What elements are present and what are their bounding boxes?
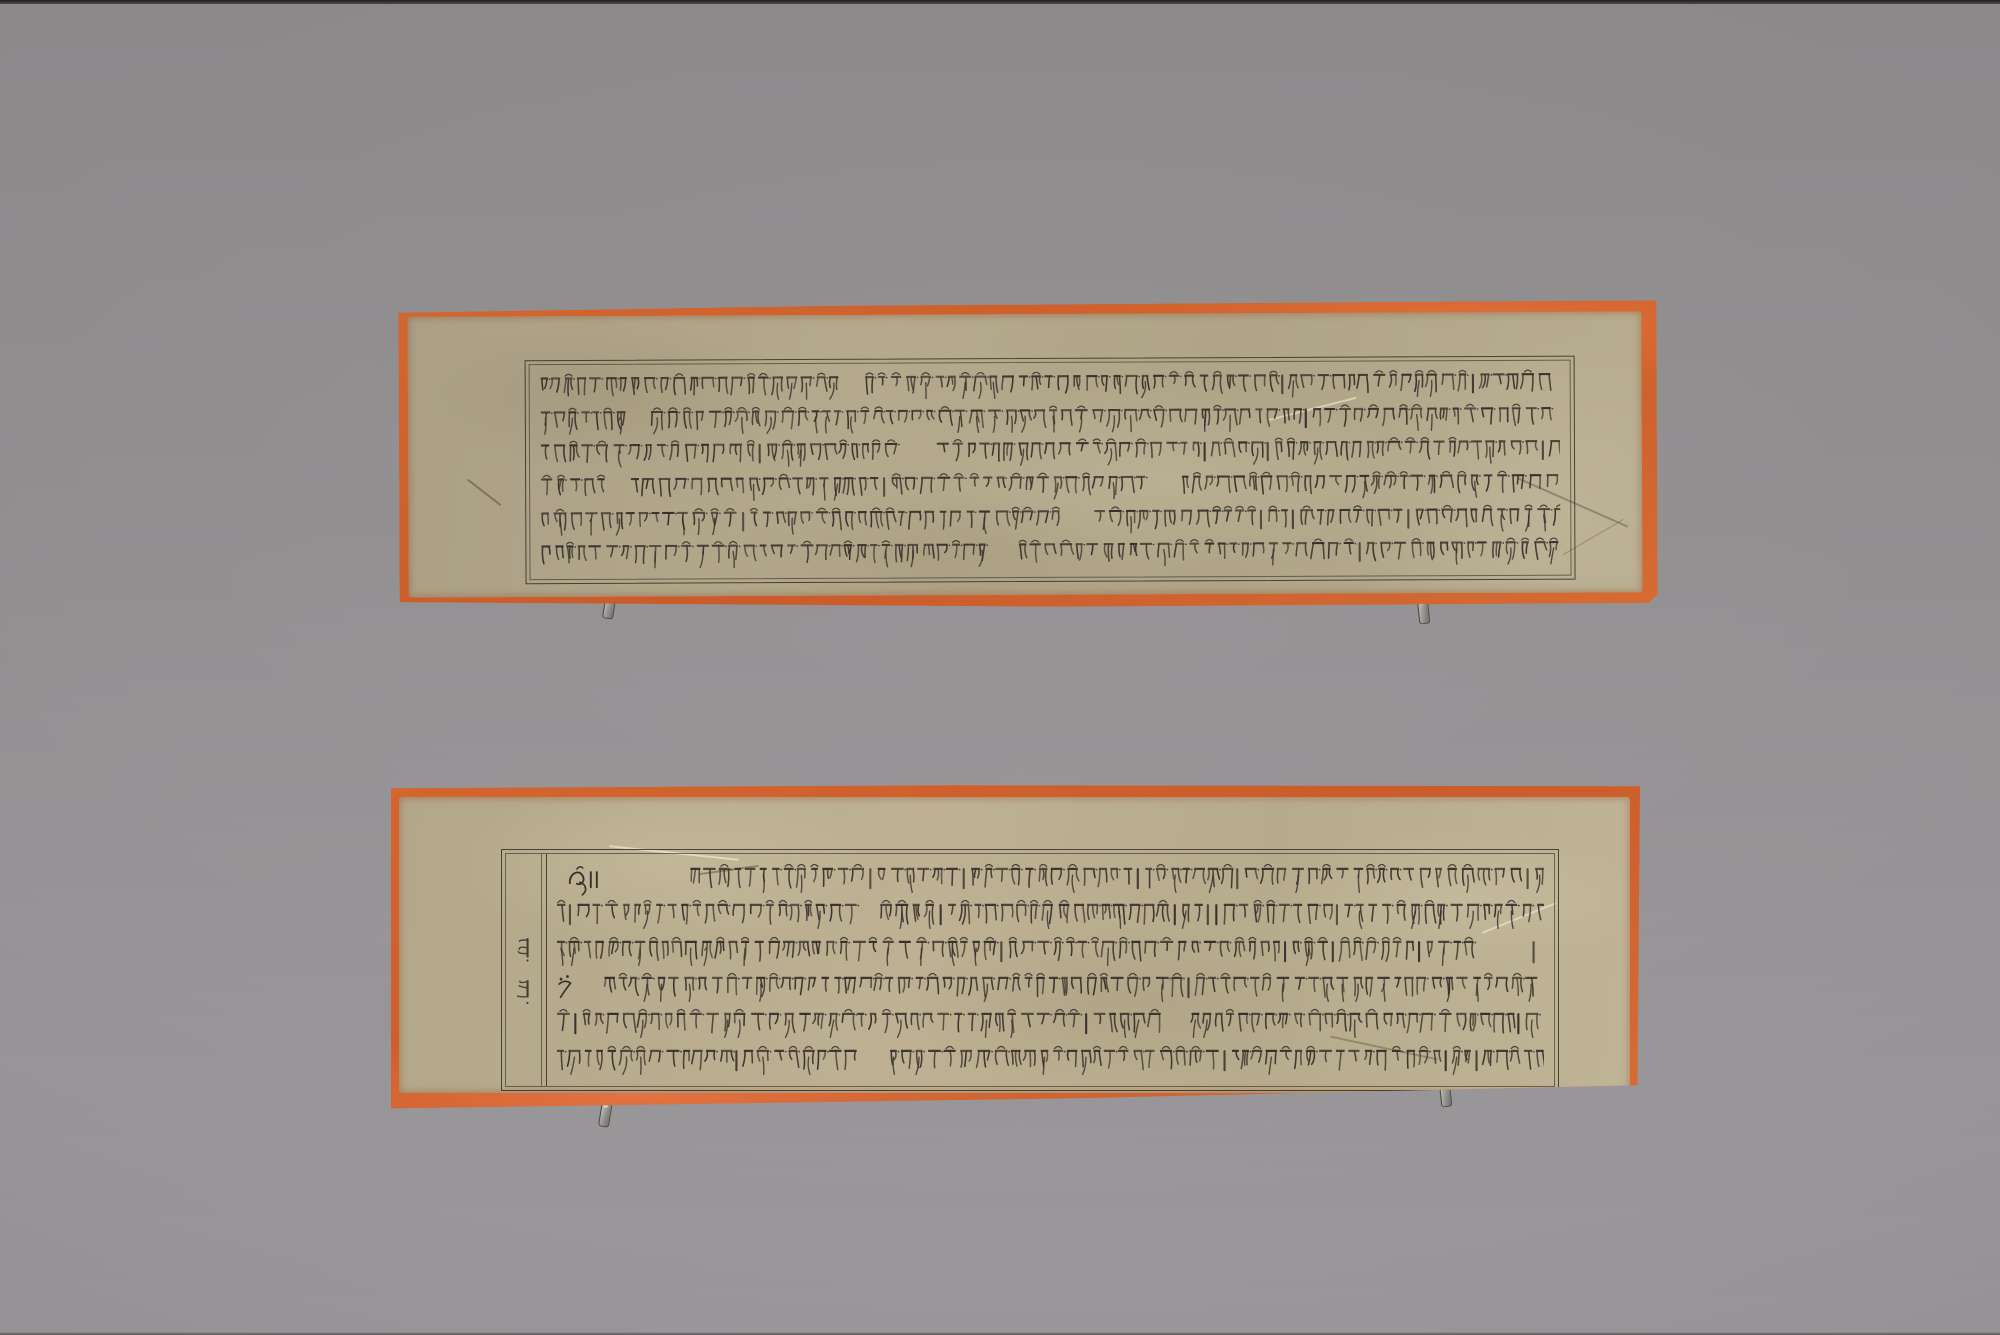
- leaf-paper: [399, 797, 1630, 1093]
- manuscript-leaf-top: [398, 299, 1657, 610]
- text-frame-inner-rule: [505, 853, 1555, 1087]
- text-frame: [501, 849, 1559, 1091]
- text-line: [556, 898, 1544, 934]
- margin-divider-rule: [541, 854, 542, 1086]
- margin-folio-marker: [512, 932, 536, 1024]
- leaf-paper: [407, 311, 1642, 597]
- text-line: [539, 367, 1560, 405]
- text-line: [556, 862, 1544, 898]
- text-frame-inner-rule: [528, 359, 1571, 580]
- text-frame: [525, 356, 1576, 585]
- text-line: [556, 971, 1544, 1007]
- paper-fiber: [467, 479, 501, 506]
- text-line: [556, 935, 1544, 971]
- manuscript-leaf-bottom: [391, 784, 1640, 1110]
- text-line: [540, 536, 1561, 574]
- text-line: [556, 1007, 1544, 1043]
- margin-column: [506, 854, 547, 1086]
- text-line: [540, 469, 1561, 507]
- text-line: [540, 502, 1561, 540]
- textblock: [556, 862, 1544, 1080]
- text-line: [556, 1044, 1544, 1080]
- plate-top-edge-line: [0, 0, 2000, 4]
- text-line: [540, 435, 1561, 473]
- text-line: [540, 401, 1561, 439]
- textblock: [539, 367, 1560, 574]
- photograph-plate: [0, 0, 2000, 1335]
